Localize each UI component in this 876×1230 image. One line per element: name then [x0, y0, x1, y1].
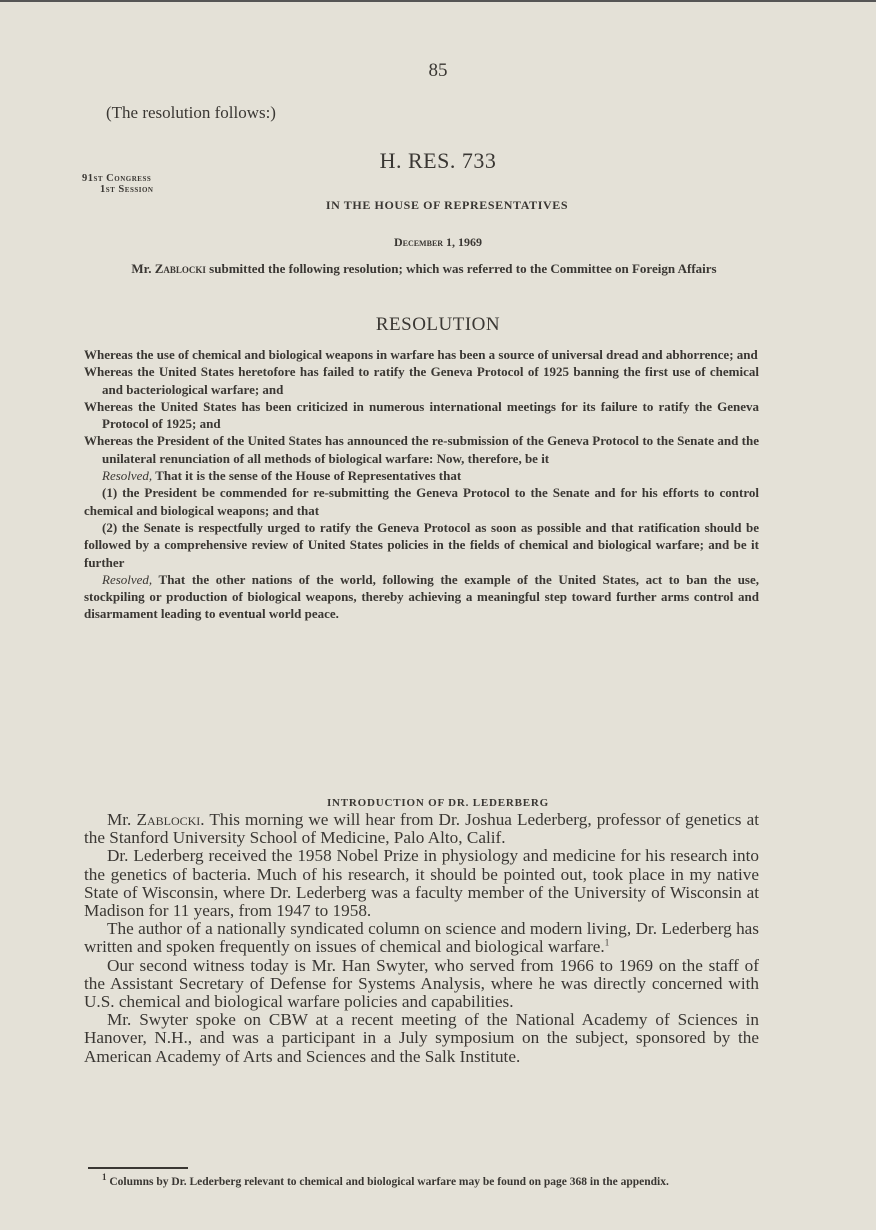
- whereas-clause: Whereas the use of chemical and biologic…: [84, 346, 759, 363]
- numbered-clause: (2) the Senate is respectfully urged to …: [84, 519, 759, 571]
- section-heading: INTRODUCTION OF DR. LEDERBERG: [0, 797, 876, 809]
- resolution-body: Whereas the use of chemical and biologic…: [84, 346, 759, 623]
- chamber-heading: IN THE HOUSE OF REPRESENTATIVES: [0, 198, 876, 213]
- congress-label: 91st Congress: [82, 173, 153, 184]
- resolved-label: Resolved,: [102, 572, 152, 587]
- resolved-text: That the other nations of the world, fol…: [84, 572, 759, 622]
- submission-statement: Mr. Zablocki submitted the following res…: [84, 261, 764, 277]
- session-label: 1st Session: [82, 184, 153, 195]
- numbered-clause: (1) the President be commended for re-su…: [84, 484, 759, 519]
- page-number: 85: [0, 60, 876, 82]
- body-paragraph: Mr. Zablocki. This morning we will hear …: [84, 811, 759, 847]
- body-paragraph: Dr. Lederberg received the 1958 Nobel Pr…: [84, 847, 759, 920]
- footnote-divider: [88, 1167, 188, 1169]
- intro-note: (The resolution follows:): [106, 103, 276, 123]
- testimony-body: Mr. Zablocki. This morning we will hear …: [84, 811, 759, 1066]
- body-paragraph: The author of a nationally syndicated co…: [84, 920, 759, 956]
- footnote-ref: 1: [605, 938, 610, 948]
- whereas-clause: Whereas the President of the United Stat…: [84, 432, 759, 467]
- body-paragraph: Our second witness today is Mr. Han Swyt…: [84, 957, 759, 1012]
- resolution-heading: RESOLUTION: [0, 314, 876, 336]
- sponsor-title: Mr.: [131, 261, 151, 276]
- resolution-number: H. RES. 733: [0, 148, 876, 174]
- resolved-text: That it is the sense of the House of Rep…: [155, 468, 461, 483]
- resolution-date: December 1, 1969: [0, 235, 876, 250]
- footnote-text: Columns by Dr. Lederberg relevant to che…: [109, 1176, 668, 1188]
- resolved-label: Resolved,: [102, 468, 152, 483]
- whereas-clause: Whereas the United States has been criti…: [84, 398, 759, 433]
- footnote: 1 Columns by Dr. Lederberg relevant to c…: [84, 1175, 759, 1189]
- speaker-title: Mr.: [107, 810, 131, 829]
- resolved-clause-2: Resolved, That the other nations of the …: [84, 571, 759, 623]
- body-paragraph: Mr. Swyter spoke on CBW at a recent meet…: [84, 1011, 759, 1066]
- congress-session-block: 91st Congress 1st Session: [82, 173, 153, 195]
- sponsor-name: Zablocki: [155, 261, 206, 276]
- footnote-marker: 1: [102, 1172, 107, 1182]
- document-page: 85 (The resolution follows:) H. RES. 733…: [0, 2, 876, 1230]
- whereas-clause: Whereas the United States heretofore has…: [84, 363, 759, 398]
- speaker-name: Zablocki.: [136, 810, 204, 829]
- resolved-clause-1: Resolved, That it is the sense of the Ho…: [84, 467, 759, 484]
- submission-text: submitted the following resolution; whic…: [209, 261, 716, 276]
